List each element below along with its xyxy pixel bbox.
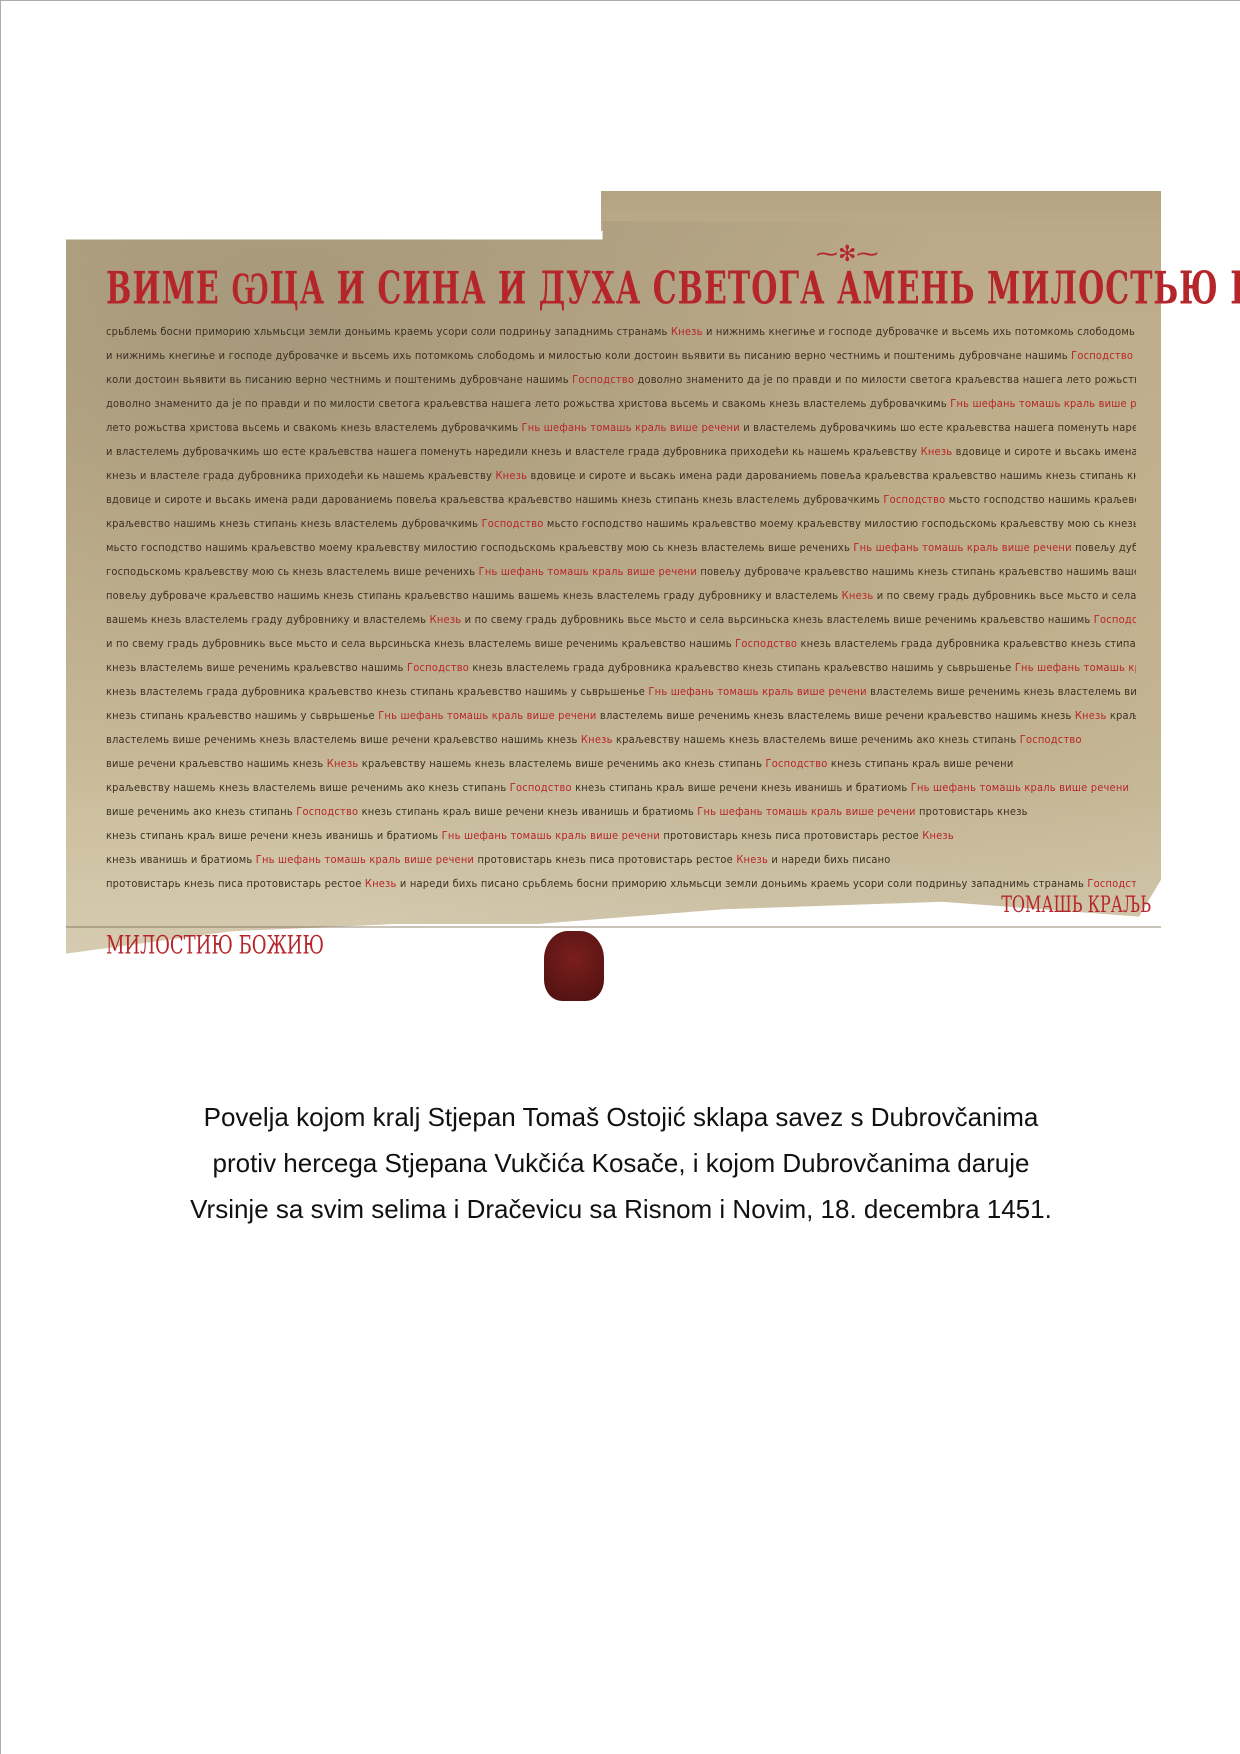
charter-text: ВИМЕ ѠЦА И СИНА И ДУХА СВЕТОГА АМЕНЬ МИЛ… <box>106 263 1136 896</box>
charter-text-line: лето рожьства христова вьсемь и свакомь … <box>106 416 1136 440</box>
charter-text-line: краљевство нашимь кнезь стипань кнезь вл… <box>106 512 1136 536</box>
charter-text-line: господьскомь краљевству мою сь кнезь вла… <box>106 560 1136 584</box>
charter-text-line: коли достоин вьявити вь писанию верно че… <box>106 368 1136 392</box>
parchment-fold <box>66 926 1161 928</box>
charter-text-line: више речени краљевство нашимь кнезь Кнез… <box>106 752 1136 776</box>
charter-text-line: вашемь кнезь властелемь граду дубровнику… <box>106 608 1136 632</box>
bottom-left-signature: МИЛОСТИЮ БОЖИЮ <box>106 931 324 960</box>
document-page: ⁓✻⁓ ВИМЕ ѠЦА И СИНА И ДУХА СВЕТОГА АМЕНЬ… <box>0 0 1240 1754</box>
bottom-right-signature: ТОМАШЬ КРАЉЬ <box>1001 891 1151 918</box>
charter-text-line: и нижнимь кнегиње и господе дубровачке и… <box>106 344 1136 368</box>
charter-image: ⁓✻⁓ ВИМЕ ѠЦА И СИНА И ДУХА СВЕТОГА АМЕНЬ… <box>66 191 1161 971</box>
charter-text-line: срьблемь босни приморию хльмьсци земли д… <box>106 320 1136 344</box>
charter-text-line: и по свему градь дубровникь вьсе мьсто и… <box>106 632 1136 656</box>
charter-text-line: доволно знаменито да је по правди и по м… <box>106 392 1136 416</box>
charter-text-line: мьсто господство нашимь краљевство моему… <box>106 536 1136 560</box>
charter-text-line: протовистарь кнезь писа протовистарь рес… <box>106 872 1136 896</box>
charter-text-line: вдовице и сироте и вьсакь имена ради дар… <box>106 488 1136 512</box>
charter-text-lines: срьблемь босни приморию хльмьсци земли д… <box>106 320 1136 896</box>
charter-text-line: властелемь више реченимь кнезь властелем… <box>106 728 1136 752</box>
charter-text-line: кнезь властелемь више реченимь краљевств… <box>106 656 1136 680</box>
caption-line-2: protiv hercega Stjepana Vukčića Kosače, … <box>1 1140 1240 1186</box>
charter-text-line: краљевству нашемь кнезь властелемь више … <box>106 776 1136 800</box>
charter-title-line: ВИМЕ ѠЦА И СИНА И ДУХА СВЕТОГА АМЕНЬ МИЛ… <box>106 263 1136 316</box>
charter-text-line: повељу дуброваче краљевство нашимь кнезь… <box>106 584 1136 608</box>
charter-text-line: кнезь и властеле града дубровника приход… <box>106 464 1136 488</box>
caption-line-3: Vrsinje sa svim selima i Dračevicu sa Ri… <box>1 1186 1240 1232</box>
red-seal-cord <box>544 931 604 1001</box>
charter-text-line: кнезь стипань краљевство нашимь у сьврьш… <box>106 704 1136 728</box>
charter-text-line: више реченимь ако кнезь стипань Господст… <box>106 800 1136 824</box>
charter-text-line: кнезь стипань краљ више речени кнезь ива… <box>106 824 1136 848</box>
charter-text-line: кнезь властелемь града дубровника краљев… <box>106 680 1136 704</box>
caption: Povelja kojom kralj Stjepan Tomaš Ostoji… <box>1 1094 1240 1232</box>
caption-line-1: Povelja kojom kralj Stjepan Tomaš Ostoji… <box>1 1094 1240 1140</box>
charter-text-line: кнезь иванишь и братиомь Гнь шефань тома… <box>106 848 1136 872</box>
charter-text-line: и властелемь дубровачкимь шо есте краљев… <box>106 440 1136 464</box>
